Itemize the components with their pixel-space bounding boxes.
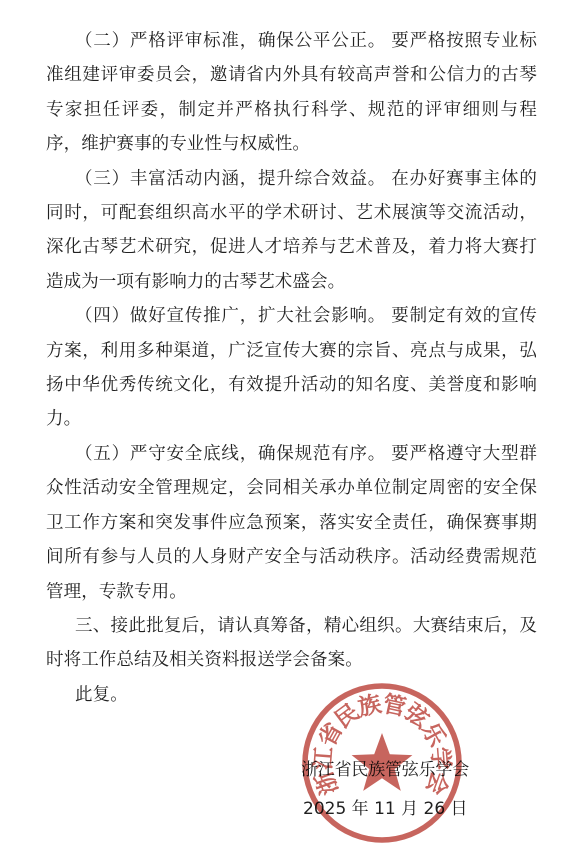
- seal-ring-char: 省: [314, 719, 347, 751]
- signature-org: 浙江省民族管弦乐学会: [301, 755, 469, 780]
- paragraph: 三、接此批复后，请认真筹备，精心组织。大赛结束后，及时将工作总结及相关资料报送学…: [46, 608, 537, 677]
- signature-date: 2025 年 11 月 26 日: [303, 794, 468, 819]
- paragraph: 此复。: [46, 677, 537, 711]
- letter-body: （二）严格评审标准，确保公平公正。 要严格按照专业标准组建评审委员会，邀请省内外…: [46, 23, 537, 711]
- paragraph: （二）严格评审标准，确保公平公正。 要严格按照专业标准组建评审委员会，邀请省内外…: [46, 23, 537, 161]
- paragraph: （四）做好宣传推广，扩大社会影响。 要制定有效的宣传方案，利用多种渠道，广泛宣传…: [46, 298, 537, 436]
- paragraph: （五）严守安全底线，确保规范有序。 要严格遵守大型群众性活动安全管理规定，会同相…: [46, 436, 537, 608]
- seal-ring-char: 乐: [417, 719, 450, 752]
- document-page: （二）严格评审标准，确保公平公正。 要严格按照专业标准组建评审委员会，邀请省内外…: [0, 0, 586, 859]
- paragraph: （三）丰富活动内涵，提升综合效益。 在办好赛事主体的同时，可配套组织高水平的学术…: [46, 161, 537, 299]
